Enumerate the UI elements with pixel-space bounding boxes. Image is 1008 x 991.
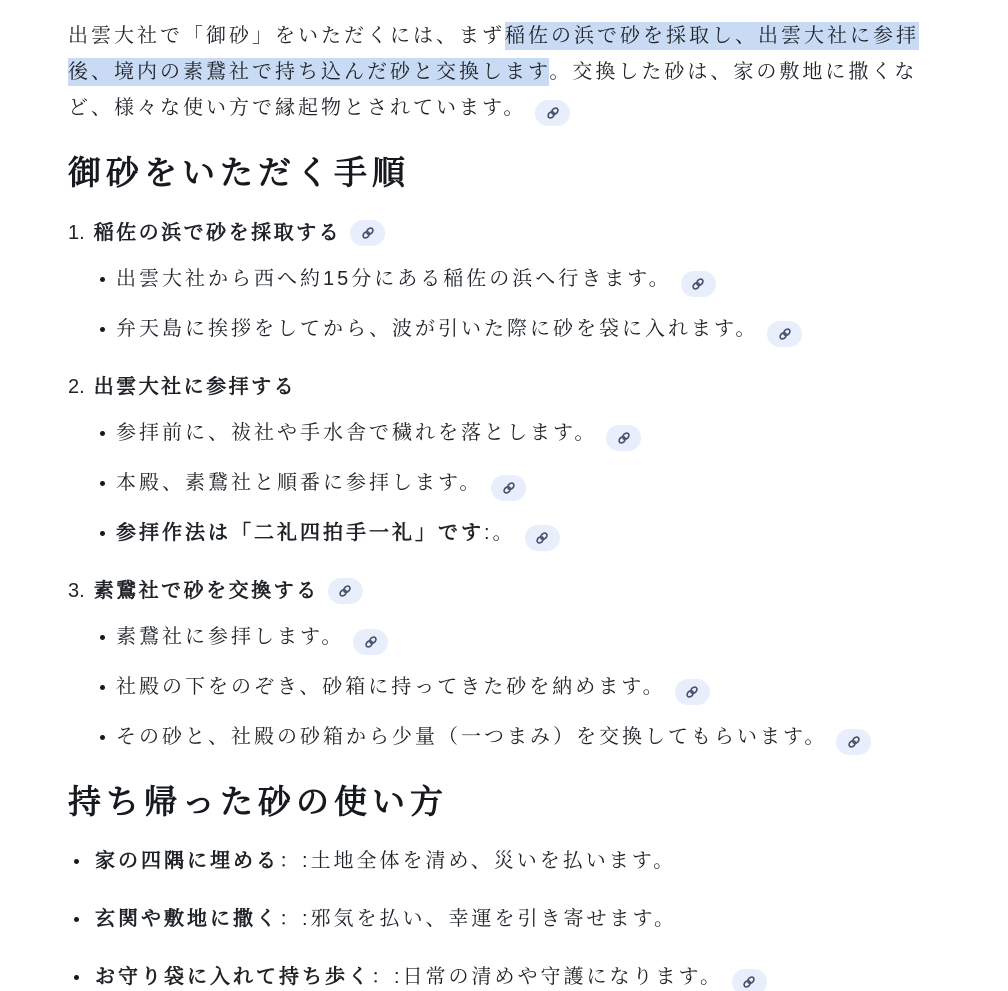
- bullet-text: その砂と、社殿の砂箱から少量（一つまみ）を交換してもらいます。: [116, 726, 827, 748]
- usage-item-text: 土地全体を清め、災いを払います。: [311, 850, 677, 872]
- usage-item-label: 家の四隅に埋める: [95, 850, 279, 872]
- step-title-text: 出雲大社に参拝する: [94, 369, 297, 405]
- bullet-icon: [74, 917, 79, 922]
- usage-item-separator: ：:: [279, 850, 311, 872]
- step-2: 2. 出雲大社に参拝する 参拝前に、祓社や手水舎で穢れを落とします。 本殿、素鵞…: [68, 369, 968, 551]
- bullet-icon: [100, 635, 105, 640]
- citation-link-chip[interactable]: [606, 425, 641, 451]
- list-item: 本殿、素鵞社と順番に参拝します。: [100, 465, 968, 501]
- bullet-icon: [100, 735, 105, 740]
- document-body: 出雲大社で「御砂」をいただくには、まず稲佐の浜で砂を採取し、出雲大社に参拝後、境…: [0, 0, 1008, 991]
- bullet-text: 弁天島に挨拶をしてから、波が引いた際に砂を袋に入れます。: [116, 318, 758, 340]
- citation-link-chip[interactable]: [491, 475, 526, 501]
- link-icon: [846, 734, 862, 750]
- bullet-icon: [100, 685, 105, 690]
- usage-item-separator: ：:: [371, 966, 403, 988]
- bullet-bold-text: 参拝作法は「二礼四拍手一礼」です: [116, 522, 484, 544]
- step-2-title: 2. 出雲大社に参拝する: [68, 369, 968, 405]
- step-2-bullets: 参拝前に、祓社や手水舎で穢れを落とします。 本殿、素鵞社と順番に参拝します。 参…: [68, 415, 968, 551]
- link-icon: [534, 530, 550, 546]
- list-item: 出雲大社から西へ約15分にある稲佐の浜へ行きます。: [100, 261, 968, 297]
- intro-paragraph: 出雲大社で「御砂」をいただくには、まず稲佐の浜で砂を採取し、出雲大社に参拝後、境…: [68, 18, 950, 126]
- step-3: 3. 素鵞社で砂を交換する 素鵞社に参拝します。 社殿の下をのぞき、砂箱に持って…: [68, 573, 968, 755]
- citation-link-chip[interactable]: [353, 629, 388, 655]
- citation-link-chip[interactable]: [767, 321, 802, 347]
- usage-item-text: 日常の清めや守護になります。: [403, 966, 723, 988]
- bullet-text: 参拝前に、祓社や手水舎で穢れを落とします。: [116, 422, 597, 444]
- bullet-text: 社殿の下をのぞき、砂箱に持ってきた砂を納めます。: [116, 676, 666, 698]
- link-icon: [363, 634, 379, 650]
- citation-link-chip[interactable]: [681, 271, 716, 297]
- citation-link-chip[interactable]: [732, 969, 767, 991]
- bullet-icon: [74, 859, 79, 864]
- step-1-title: 1. 稲佐の浜で砂を採取する: [68, 215, 968, 251]
- step-3-bullets: 素鵞社に参拝します。 社殿の下をのぞき、砂箱に持ってきた砂を納めます。 その砂と…: [68, 619, 968, 755]
- list-item: 参拝作法は「二礼四拍手一礼」です:。: [100, 515, 968, 551]
- citation-link-chip[interactable]: [350, 220, 385, 246]
- list-item: 玄関や敷地に撒く：:邪気を払い、幸運を引き寄せます。: [74, 901, 968, 937]
- step-number: 1.: [68, 215, 85, 251]
- link-icon: [684, 684, 700, 700]
- bullet-icon: [74, 975, 79, 980]
- bullet-text: 本殿、素鵞社と順番に参拝します。: [116, 472, 482, 494]
- list-item: 弁天島に挨拶をしてから、波が引いた際に砂を袋に入れます。: [100, 311, 968, 347]
- citation-link-chip[interactable]: [675, 679, 710, 705]
- usage-list: 家の四隅に埋める：:土地全体を清め、災いを払います。 玄関や敷地に撒く：:邪気を…: [68, 843, 968, 991]
- bullet-icon: [100, 481, 105, 486]
- intro-text-pre: 出雲大社で「御砂」をいただくには、まず: [68, 25, 505, 47]
- step-3-title: 3. 素鵞社で砂を交換する: [68, 573, 968, 609]
- usage-item-label: 玄関や敷地に撒く: [95, 908, 279, 930]
- bullet-text: 素鵞社に参拝します。: [116, 626, 344, 648]
- bullet-icon: [100, 531, 105, 536]
- list-item: お守り袋に入れて持ち歩く：:日常の清めや守護になります。: [74, 959, 968, 991]
- list-item: 参拝前に、祓社や手水舎で穢れを落とします。: [100, 415, 968, 451]
- usage-item-label: お守り袋に入れて持ち歩く: [95, 966, 371, 988]
- section-heading-usage: 持ち帰った砂の使い方: [68, 785, 968, 820]
- list-item: 社殿の下をのぞき、砂箱に持ってきた砂を納めます。: [100, 669, 968, 705]
- step-number: 3.: [68, 573, 85, 609]
- bullet-text: :。: [484, 522, 516, 544]
- link-icon: [337, 583, 353, 599]
- usage-item-text: 邪気を払い、幸運を引き寄せます。: [311, 908, 677, 930]
- citation-link-chip[interactable]: [836, 729, 871, 755]
- link-icon: [360, 225, 376, 241]
- step-1: 1. 稲佐の浜で砂を採取する 出雲大社から西へ約15分にある稲佐の浜へ行きます。…: [68, 215, 968, 347]
- step-title-text: 稲佐の浜で砂を採取する: [94, 215, 342, 251]
- citation-link-chip[interactable]: [535, 100, 570, 126]
- step-title-text: 素鵞社で砂を交換する: [94, 573, 319, 609]
- bullet-icon: [100, 277, 105, 282]
- list-item: その砂と、社殿の砂箱から少量（一つまみ）を交換してもらいます。: [100, 719, 968, 755]
- link-icon: [545, 105, 561, 121]
- bullet-text: 出雲大社から西へ約15分にある稲佐の浜へ行きます。: [116, 268, 672, 290]
- list-item: 家の四隅に埋める：:土地全体を清め、災いを払います。: [74, 843, 968, 879]
- step-number: 2.: [68, 369, 85, 405]
- list-item: 素鵞社に参拝します。: [100, 619, 968, 655]
- link-icon: [690, 276, 706, 292]
- link-icon: [501, 480, 517, 496]
- section-heading-steps: 御砂をいただく手順: [68, 156, 968, 191]
- usage-item-separator: ：:: [279, 908, 311, 930]
- link-icon: [616, 430, 632, 446]
- step-1-bullets: 出雲大社から西へ約15分にある稲佐の浜へ行きます。 弁天島に挨拶をしてから、波が…: [68, 261, 968, 347]
- link-icon: [741, 974, 757, 990]
- bullet-icon: [100, 431, 105, 436]
- citation-link-chip[interactable]: [525, 525, 560, 551]
- bullet-icon: [100, 327, 105, 332]
- link-icon: [777, 326, 793, 342]
- citation-link-chip[interactable]: [328, 578, 363, 604]
